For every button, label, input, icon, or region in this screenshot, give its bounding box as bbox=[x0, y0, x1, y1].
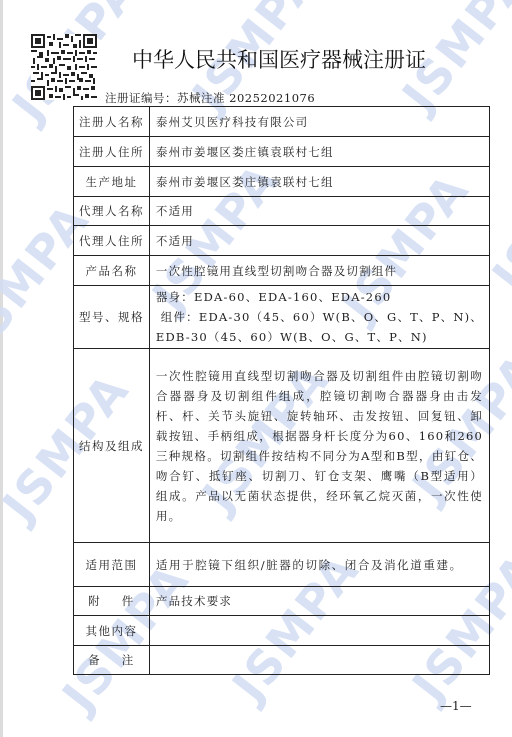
row-label: 注册人名称 bbox=[74, 107, 150, 137]
row-label: 适用范围 bbox=[74, 543, 150, 587]
model-line: EDB-30（45、60）W(B、O、G、T、P、N) bbox=[156, 327, 483, 347]
registration-number-value: 苏械注准 20252021076 bbox=[177, 91, 315, 105]
row-value: 泰州艾贝医疗科技有限公司 bbox=[149, 107, 489, 137]
row-value: 不适用 bbox=[149, 197, 489, 226]
row-value: 产品技术要求 bbox=[149, 587, 489, 616]
row-label: 结构及组成 bbox=[74, 349, 150, 543]
model-line: 组件：EDA-30（45、60）W(B、O、G、T、P、N)、 bbox=[156, 307, 483, 327]
row-value: 泰州市姜堰区娄庄镇袁联村七组 bbox=[149, 167, 489, 197]
row-label: 产品名称 bbox=[74, 256, 150, 286]
row-value: 适用于腔镜下组织/脏器的切除、闭合及消化道重建。 bbox=[149, 543, 489, 587]
row-value: 器身：EDA-60、EDA-160、EDA-260 组件：EDA-30（45、6… bbox=[149, 286, 489, 349]
row-value bbox=[149, 646, 489, 675]
row-label: 备 注 bbox=[74, 646, 150, 675]
model-line: 器身：EDA-60、EDA-160、EDA-260 bbox=[156, 287, 483, 307]
table-row-agent-name: 代理人名称 不适用 bbox=[74, 197, 490, 226]
table-row-other: 其他内容 bbox=[74, 616, 490, 646]
table-row-attachment: 附 件 产品技术要求 bbox=[74, 587, 490, 616]
registration-number-label: 注册证编号： bbox=[105, 91, 177, 105]
row-value: 一次性腔镜用直线型切割吻合器及切割组件由腔镜切割吻合器器身及切割组件组成，腔镜切… bbox=[149, 349, 489, 543]
table-row-agent-address: 代理人住所 不适用 bbox=[74, 226, 490, 256]
certificate-table: 注册人名称 泰州艾贝医疗科技有限公司 注册人住所 泰州市姜堰区娄庄镇袁联村七组 … bbox=[73, 106, 490, 675]
table-row-structure: 结构及组成 一次性腔镜用直线型切割吻合器及切割组件由腔镜切割吻合器器身及切割组件… bbox=[74, 349, 490, 543]
row-label: 其他内容 bbox=[74, 616, 150, 646]
table-row-model-spec: 型号、规格 器身：EDA-60、EDA-160、EDA-260 组件：EDA-3… bbox=[74, 286, 490, 349]
row-value: 泰州市姜堰区娄庄镇袁联村七组 bbox=[149, 137, 489, 167]
table-row-registrant-name: 注册人名称 泰州艾贝医疗科技有限公司 bbox=[74, 107, 490, 137]
row-value bbox=[149, 616, 489, 646]
row-label: 生产地址 bbox=[74, 167, 150, 197]
row-label: 附 件 bbox=[74, 587, 150, 616]
row-label: 代理人住所 bbox=[74, 226, 150, 256]
row-value: 不适用 bbox=[149, 226, 489, 256]
row-value: 一次性腔镜用直线型切割吻合器及切割组件 bbox=[149, 256, 489, 286]
registration-number: 注册证编号：苏械注准 20252021076 bbox=[105, 90, 315, 106]
page-left-edge bbox=[0, 0, 3, 737]
row-label: 注册人住所 bbox=[74, 137, 150, 167]
page-number: —1— bbox=[440, 699, 472, 713]
table-row-remarks: 备 注 bbox=[74, 646, 490, 675]
document-title: 中华人民共和国医疗器械注册证 bbox=[132, 44, 432, 74]
row-label: 代理人名称 bbox=[74, 197, 150, 226]
table-row-production-address: 生产地址 泰州市姜堰区娄庄镇袁联村七组 bbox=[74, 167, 490, 197]
table-row-product-name: 产品名称 一次性腔镜用直线型切割吻合器及切割组件 bbox=[74, 256, 490, 286]
qr-code bbox=[31, 34, 97, 100]
table-row-scope: 适用范围 适用于腔镜下组织/脏器的切除、闭合及消化道重建。 bbox=[74, 543, 490, 587]
row-label: 型号、规格 bbox=[74, 286, 150, 349]
table-row-registrant-address: 注册人住所 泰州市姜堰区娄庄镇袁联村七组 bbox=[74, 137, 490, 167]
